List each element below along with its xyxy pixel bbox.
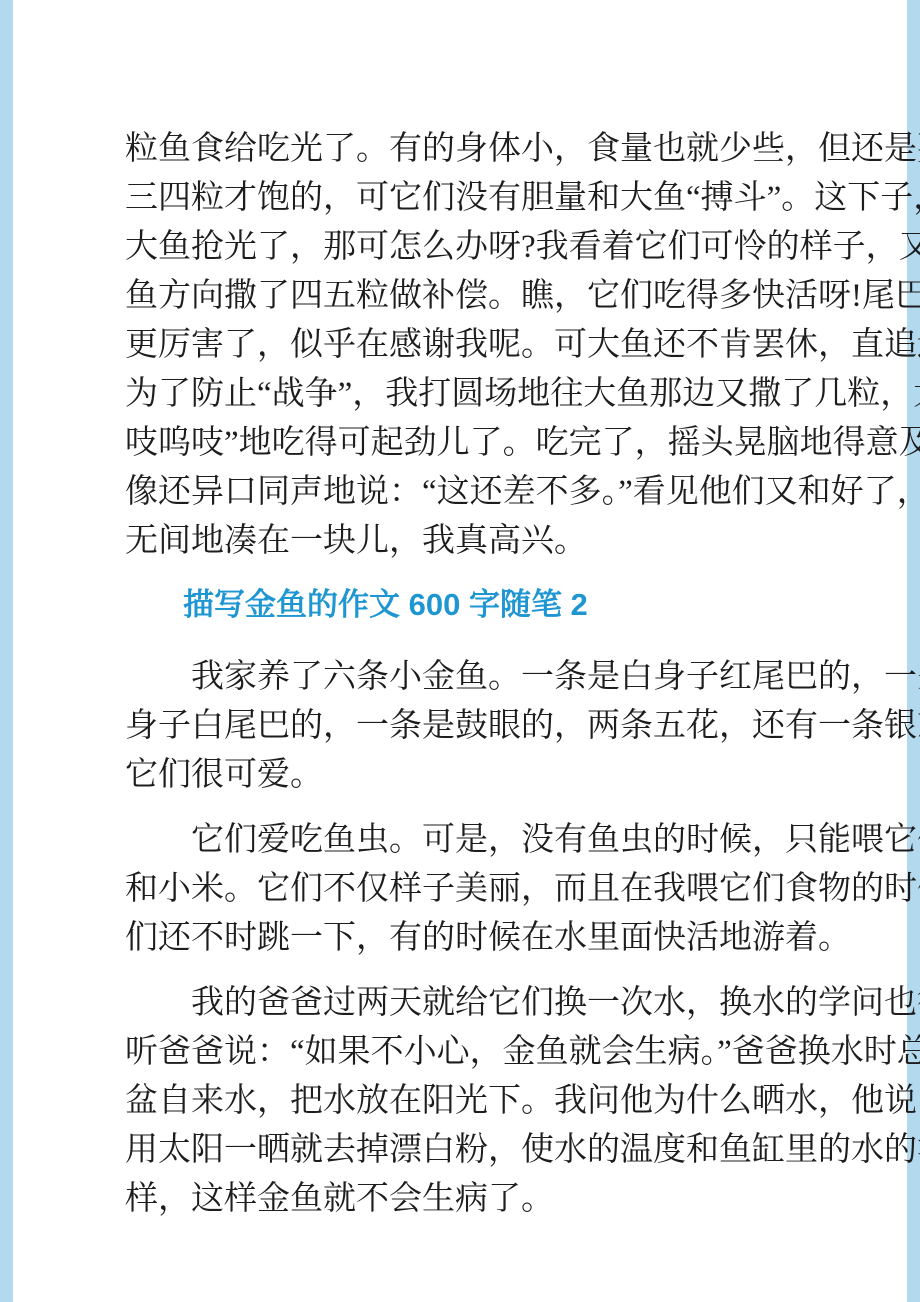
text-line: 们还不时跳一下，有的时候在水里面快活地游着。 <box>125 914 797 963</box>
text-line: 三四粒才饱的，可它们没有胆量和大鱼“搏斗”。这下子，全给 <box>125 174 797 223</box>
text-line: 它们很可爱。 <box>125 751 797 800</box>
text-line: 为了防止“战争”，我打圆场地往大鱼那边又撒了几粒，大鱼“呜 <box>125 370 797 419</box>
left-page-gutter <box>0 0 13 1302</box>
text-line: 我的爸爸过两天就给它们换一次水，换水的学问也很深呢! <box>125 979 797 1028</box>
page: { "colors": { "page_background": "#fffff… <box>0 0 920 1302</box>
continuation-paragraph: 粒鱼食给吃光了。有的身体小，食量也就少些，但还是要吃上三四粒才饱的，可它们没有胆… <box>125 125 797 566</box>
text-line: 大鱼抢光了，那可怎么办呀?我看着它们可怜的样子，又偏向小 <box>125 223 797 272</box>
text-line: 鱼方向撒了四五粒做补偿。瞧，它们吃得多快活呀!尾巴也摇得 <box>125 272 797 321</box>
text-line: 它们爱吃鱼虫。可是，没有鱼虫的时候，只能喂它们鱼食 <box>125 816 797 865</box>
text-line: 和小米。它们不仅样子美丽，而且在我喂它们食物的时候，它 <box>125 865 797 914</box>
text-line: 身子白尾巴的，一条是鼓眼的，两条五花，还有一条银灰色的， <box>125 702 797 751</box>
text-line: 像还异口同声地说：“这还差不多。”看见他们又和好了，亲密 <box>125 468 797 517</box>
text-line: 更厉害了，似乎在感谢我呢。可大鱼还不肯罢休，直追过去。 <box>125 321 797 370</box>
essay-body: 粒鱼食给吃光了。有的身体小，食量也就少些，但还是要吃上三四粒才饱的，可它们没有胆… <box>125 125 797 1240</box>
text-line: 盆自来水，把水放在阳光下。我问他为什么晒水，他说自来水 <box>125 1077 797 1126</box>
text-line: 听爸爸说：“如果不小心，金鱼就会生病。”爸爸换水时总是接 <box>125 1028 797 1077</box>
text-line: 用太阳一晒就去掉漂白粉，使水的温度和鱼缸里的水的温度一 <box>125 1126 797 1175</box>
text-line: 我家养了六条小金鱼。一条是白身子红尾巴的，一条是红 <box>125 653 797 702</box>
text-line: 无间地凑在一块儿，我真高兴。 <box>125 517 797 566</box>
text-line: 样，这样金鱼就不会生病了。 <box>125 1175 797 1224</box>
paragraph: 我的爸爸过两天就给它们换一次水，换水的学问也很深呢!听爸爸说：“如果不小心，金鱼… <box>125 979 797 1224</box>
paragraph: 它们爱吃鱼虫。可是，没有鱼虫的时候，只能喂它们鱼食和小米。它们不仅样子美丽，而且… <box>125 816 797 963</box>
text-line: 粒鱼食给吃光了。有的身体小，食量也就少些，但还是要吃上 <box>125 125 797 174</box>
essay-section-heading: 描写金鱼的作文 600 字随笔 2 <box>183 582 797 628</box>
paragraph: 我家养了六条小金鱼。一条是白身子红尾巴的，一条是红身子白尾巴的，一条是鼓眼的，两… <box>125 653 797 800</box>
text-line: 吱呜吱”地吃得可起劲儿了。吃完了，摇头晃脑地得意及了，好 <box>125 419 797 468</box>
